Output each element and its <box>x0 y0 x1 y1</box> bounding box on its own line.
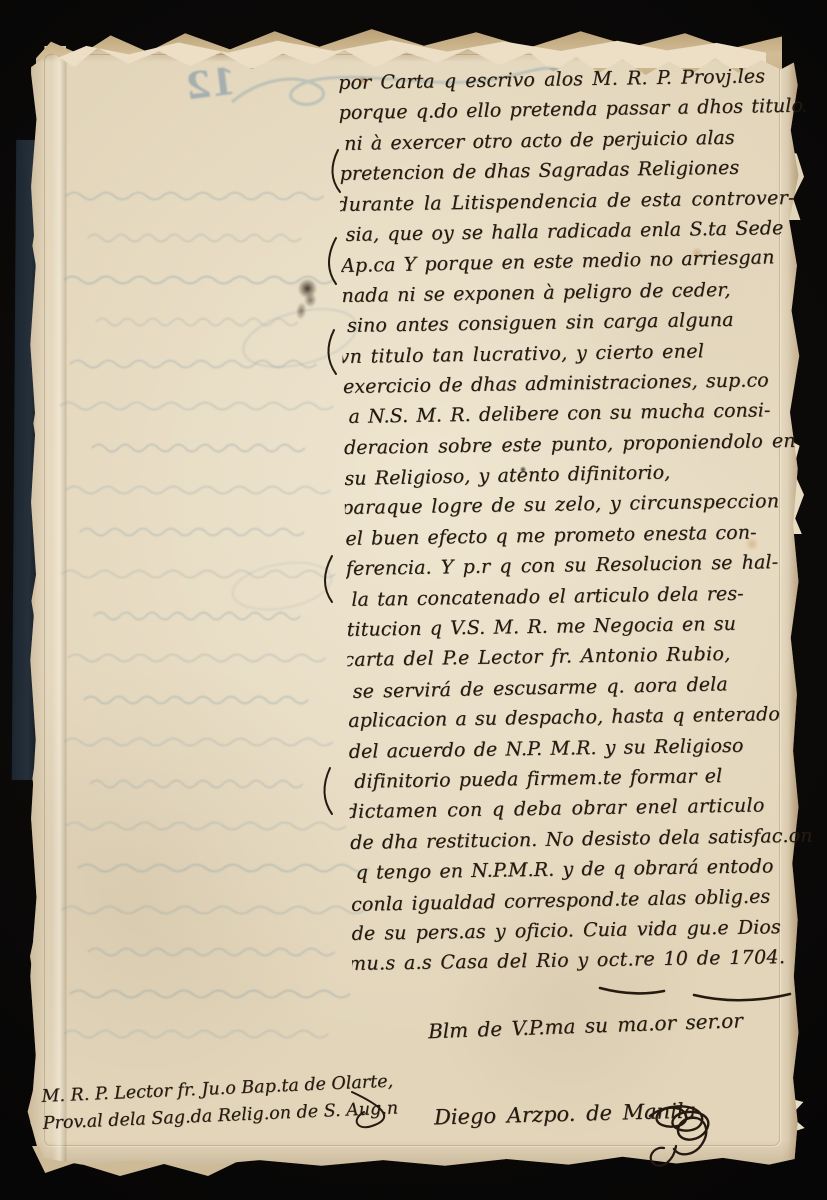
date-underline-1704 <box>694 994 790 1000</box>
address-flourish <box>352 1092 384 1127</box>
ink-flourishes <box>0 0 827 1200</box>
signature-rubric-tail <box>651 1146 676 1166</box>
manuscript-photo: 12 por Carta q escrivo alos M. R. P. Pro… <box>0 0 827 1200</box>
date-underline-10 <box>600 988 664 993</box>
